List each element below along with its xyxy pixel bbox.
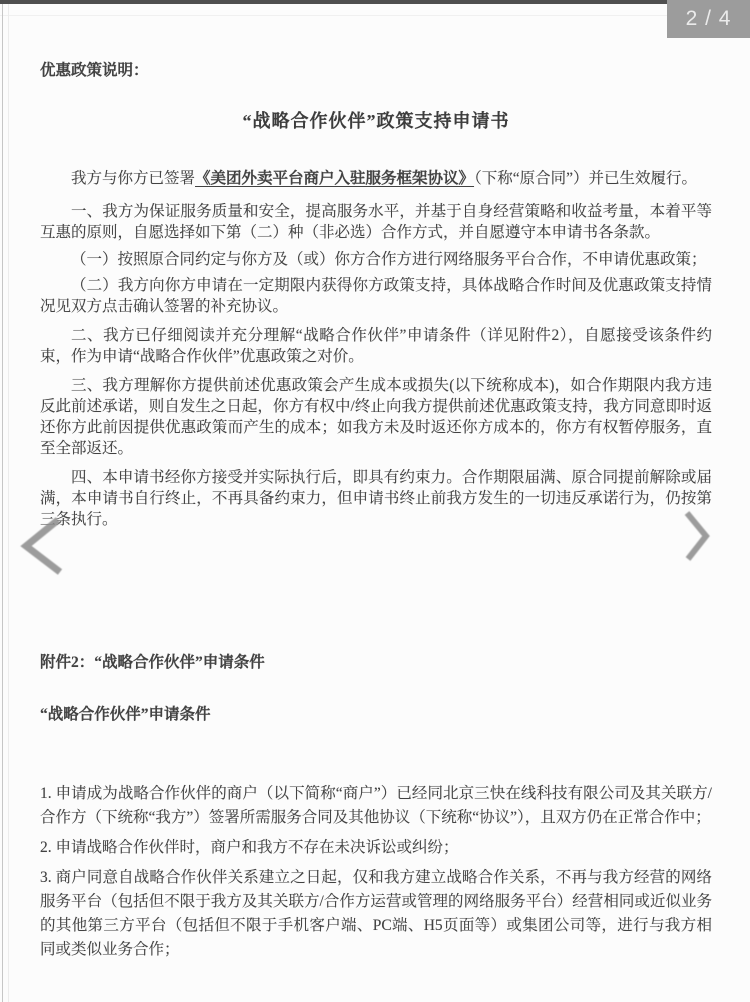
page-indicator: 2 / 4 — [667, 0, 750, 38]
chevron-right-icon — [683, 510, 711, 562]
prev-page-button[interactable] — [20, 516, 64, 576]
attachment-heading: 附件2：“战略合作伙伴”申请条件 — [40, 652, 712, 674]
attachment-subheading: “战略合作伙伴”申请条件 — [40, 704, 712, 726]
document-page: 优惠政策说明： “战略合作伙伴”政策支持申请书 我方与你方已签署《美团外卖平台商… — [40, 60, 712, 962]
next-page-button[interactable] — [683, 510, 711, 562]
doc-title: “战略合作伙伴”政策支持申请书 — [40, 108, 712, 134]
opening-paragraph: 我方与你方已签署《美团外卖平台商户入驻服务框架协议》（下称“原合同”）并已生效履… — [40, 168, 712, 189]
top-edge-bar — [0, 0, 750, 4]
clause-1: 一、我方为保证服务质量和安全，提高服务水平，并基于自身经营策略和收益考量，本着平… — [40, 201, 712, 243]
condition-1: 1. 申请成为战略合作伙伴的商户（以下简称“商户”）已经同北京三快在线科技有限公… — [40, 782, 712, 830]
clause-2: 二、我方已仔细阅读并充分理解“战略合作伙伴”申请条件（详见附件2），自愿接受该条… — [40, 325, 712, 367]
page-edge-line — [2, 4, 3, 1002]
intro-label: 优惠政策说明： — [40, 60, 712, 82]
opening-prefix: 我方与你方已签署 — [71, 170, 195, 187]
clause-4: 四、本申请书经你方接受并实际执行后，即具有约束力。合作期限届满、原合同提前解除或… — [40, 467, 712, 530]
document-viewer: 2 / 4 优惠政策说明： “战略合作伙伴”政策支持申请书 我方与你方已签署《美… — [0, 0, 750, 1002]
condition-3: 3. 商户同意自战略合作伙伴关系建立之日起，仅和我方建立战略合作关系，不再与我方… — [40, 866, 712, 962]
agreement-name: 《美团外卖平台商户入驻服务框架协议》 — [195, 170, 474, 187]
clause-1-option-1: （一）按照原合同约定与你方及（或）你方合作方进行网络服务平台合作，不申请优惠政策… — [40, 249, 712, 270]
clause-3: 三、我方理解你方提供前述优惠政策会产生成本或损失(以下统称成本)，如合作期限内我… — [40, 375, 712, 459]
scan-fold-line — [0, 15, 750, 16]
opening-suffix: （下称“原合同”）并已生效履行。 — [474, 170, 697, 187]
page-edge-line-faint — [8, 4, 9, 1002]
chevron-left-icon — [20, 516, 64, 576]
clause-1-option-2: （二）我方向你方申请在一定期限内获得你方政策支持，具体战略合作时间及优惠政策支持… — [40, 275, 712, 317]
condition-2: 2. 申请战略合作伙伴时，商户和我方不存在未决诉讼或纠纷； — [40, 836, 712, 860]
